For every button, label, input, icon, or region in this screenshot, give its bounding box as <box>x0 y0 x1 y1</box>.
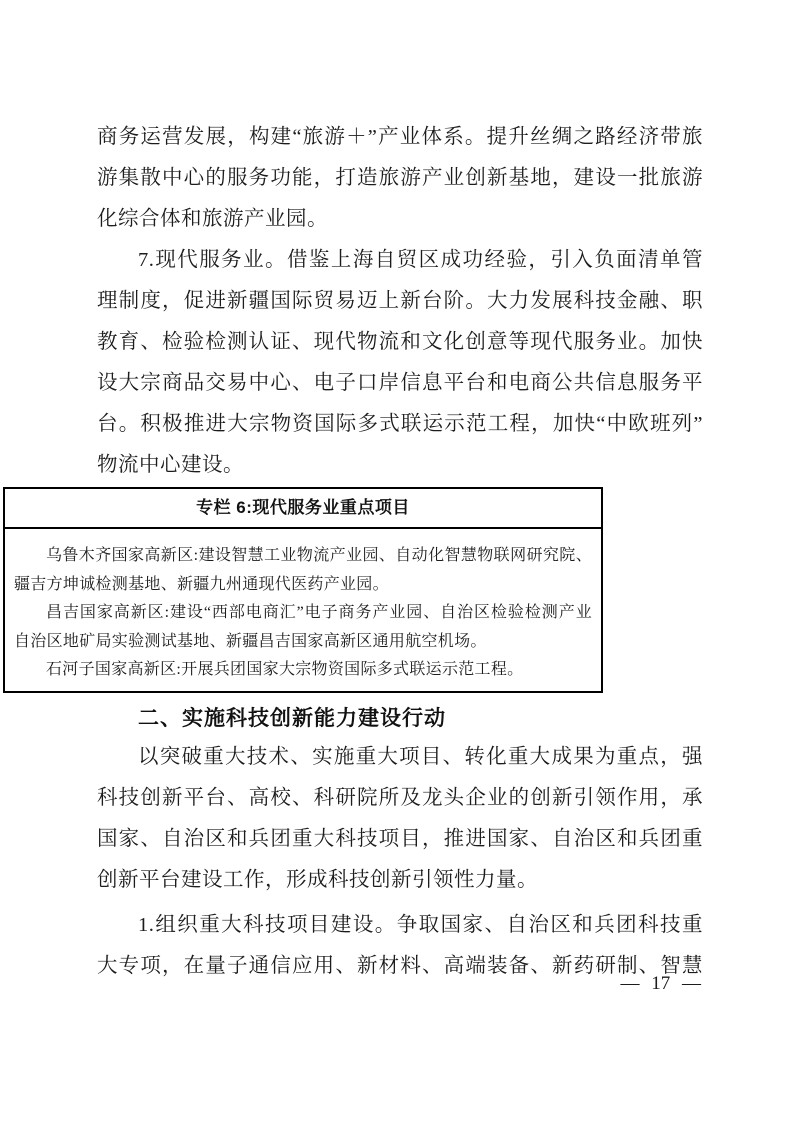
feature-box-body: 乌鲁木齐国家高新区:建设智慧工业物流产业园、自动化智慧物联网研究院、新 疆吉方坤… <box>5 529 601 685</box>
box-line: 乌鲁木齐国家高新区:建设智慧工业物流产业园、自动化智慧物联网研究院、新 <box>14 542 592 571</box>
body-line: 理制度，促进新疆国际贸易迈上新台阶。大力发展科技金融、职业 <box>97 281 703 322</box>
body-line: 国家、自治区和兵团重大科技项目，推进国家、自治区和兵团重大 <box>97 819 703 860</box>
box-line: 疆吉方坤诚检测基地、新疆九州通现代医药产业园。 <box>14 571 592 600</box>
box-line: 石河子国家高新区:开展兵团国家大宗物资国际多式联运示范工程。 <box>14 656 592 685</box>
body-line: 教育、检验检测认证、现代物流和文化创意等现代服务业。加快建 <box>97 322 703 363</box>
body-line: 科技创新平台、高校、科研院所及龙头企业的创新引领作用，承担 <box>97 778 703 819</box>
body-line: 创新平台建设工作，形成科技创新引领性力量。 <box>97 860 703 901</box>
box-line: 昌吉国家高新区:建设“西部电商汇”电子商务产业园、自治区检验检测产业园、 <box>14 599 592 628</box>
body-line: 化综合体和旅游产业园。 <box>97 199 703 240</box>
body-line: 1.组织重大科技项目建设。争取国家、自治区和兵团科技重 <box>97 905 703 946</box>
box-line: 自治区地矿局实验测试基地、新疆昌吉国家高新区通用航空机场。 <box>14 628 592 657</box>
feature-box-title: 专栏 6:现代服务业重点项目 <box>5 489 601 529</box>
section-heading: 二、实施科技创新能力建设行动 <box>97 699 703 739</box>
document-page: 商务运营发展，构建“旅游＋”产业体系。提升丝绸之路经济带旅 游集散中心的服务功能… <box>0 0 793 1122</box>
body-line: 7.现代服务业。借鉴上海自贸区成功经验，引入负面清单管 <box>97 240 703 281</box>
paragraph-innovation-intro: 以突破重大技术、实施重大项目、转化重大成果为重点，强化 科技创新平台、高校、科研… <box>97 737 703 901</box>
page-number: — 17 — <box>97 972 703 996</box>
body-line: 物流中心建设。 <box>97 445 703 486</box>
paragraph-tourism: 商务运营发展，构建“旅游＋”产业体系。提升丝绸之路经济带旅 游集散中心的服务功能… <box>97 117 703 240</box>
body-line: 台。积极推进大宗物资国际多式联运示范工程，加快“中欧班列” <box>97 404 703 445</box>
paragraph-modern-services: 7.现代服务业。借鉴上海自贸区成功经验，引入负面清单管 理制度，促进新疆国际贸易… <box>97 240 703 486</box>
body-line: 商务运营发展，构建“旅游＋”产业体系。提升丝绸之路经济带旅 <box>97 117 703 158</box>
body-line: 设大宗商品交易中心、电子口岸信息平台和电商公共信息服务平 <box>97 363 703 404</box>
feature-box-column-6: 专栏 6:现代服务业重点项目 乌鲁木齐国家高新区:建设智慧工业物流产业园、自动化… <box>3 487 603 693</box>
body-line: 以突破重大技术、实施重大项目、转化重大成果为重点，强化 <box>97 737 703 778</box>
body-line: 游集散中心的服务功能，打造旅游产业创新基地，建设一批旅游文 <box>97 158 703 199</box>
